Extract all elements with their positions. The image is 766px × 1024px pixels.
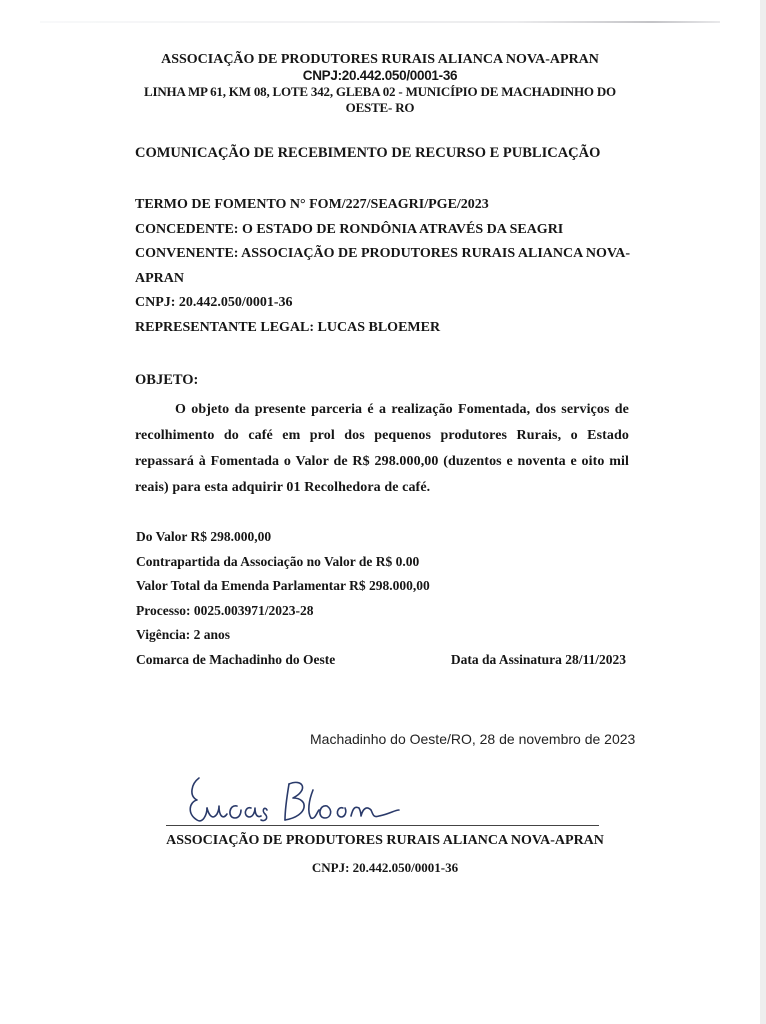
page-edge [760, 0, 766, 1024]
place-and-date: Machadinho do Oeste/RO, 28 de novembro d… [310, 731, 635, 747]
letterhead-address-line1: LINHA MP 61, KM 08, LOTE 342, GLEBA 02 -… [120, 84, 640, 100]
financial-details: Do Valor R$ 298.000,00 Contrapartida da … [136, 525, 626, 672]
concedente: CONCEDENTE: O ESTADO DE RONDÔNIA ATRAVÉS… [135, 218, 635, 243]
convenente-line2: APRAN [135, 267, 635, 292]
objeto-paragraph: O objeto da presente parceria é a realiz… [135, 397, 629, 501]
objeto-label: OBJETO: [135, 372, 198, 389]
processo: Processo: 0025.003971/2023-28 [136, 599, 626, 624]
agreement-details: TERMO DE FOMENTO N° FOM/227/SEAGRI/PGE/2… [135, 193, 635, 340]
signatory-cnpj: CNPJ: 20.442.050/0001-36 [150, 860, 620, 876]
valor-total: Valor Total da Emenda Parlamentar R$ 298… [136, 574, 626, 599]
comarca-and-date: Comarca de Machadinho do Oeste Data da A… [136, 648, 626, 673]
do-valor: Do Valor R$ 298.000,00 [136, 525, 626, 550]
signature-line [166, 825, 599, 826]
letterhead-cnpj: CNPJ:20.442.050/0001-36 [120, 68, 640, 84]
convenente-cnpj: CNPJ: 20.442.050/0001-36 [135, 291, 635, 316]
handwritten-signature [185, 770, 445, 830]
contrapartida: Contrapartida da Associação no Valor de … [136, 550, 626, 575]
termo-de-fomento: TERMO DE FOMENTO N° FOM/227/SEAGRI/PGE/2… [135, 193, 635, 218]
letterhead-address-line2: OESTE- RO [120, 100, 640, 116]
letterhead-org-name: ASSOCIAÇÃO DE PRODUTORES RURAIS ALIANCA … [120, 52, 640, 68]
vigencia: Vigência: 2 anos [136, 623, 626, 648]
comarca: Comarca de Machadinho do Oeste [136, 648, 335, 673]
convenente-line1: CONVENENTE: ASSOCIAÇÃO DE PRODUTORES RUR… [135, 242, 635, 267]
scan-artifact-line [40, 21, 720, 23]
representante-legal: REPRESENTANTE LEGAL: LUCAS BLOEMER [135, 316, 635, 341]
signatory-org-name: ASSOCIAÇÃO DE PRODUTORES RURAIS ALIANCA … [150, 833, 620, 849]
letterhead: ASSOCIAÇÃO DE PRODUTORES RURAIS ALIANCA … [120, 52, 640, 116]
document-title: COMUNICAÇÃO DE RECEBIMENTO DE RECURSO E … [135, 145, 600, 162]
data-assinatura: Data da Assinatura 28/11/2023 [451, 648, 626, 673]
